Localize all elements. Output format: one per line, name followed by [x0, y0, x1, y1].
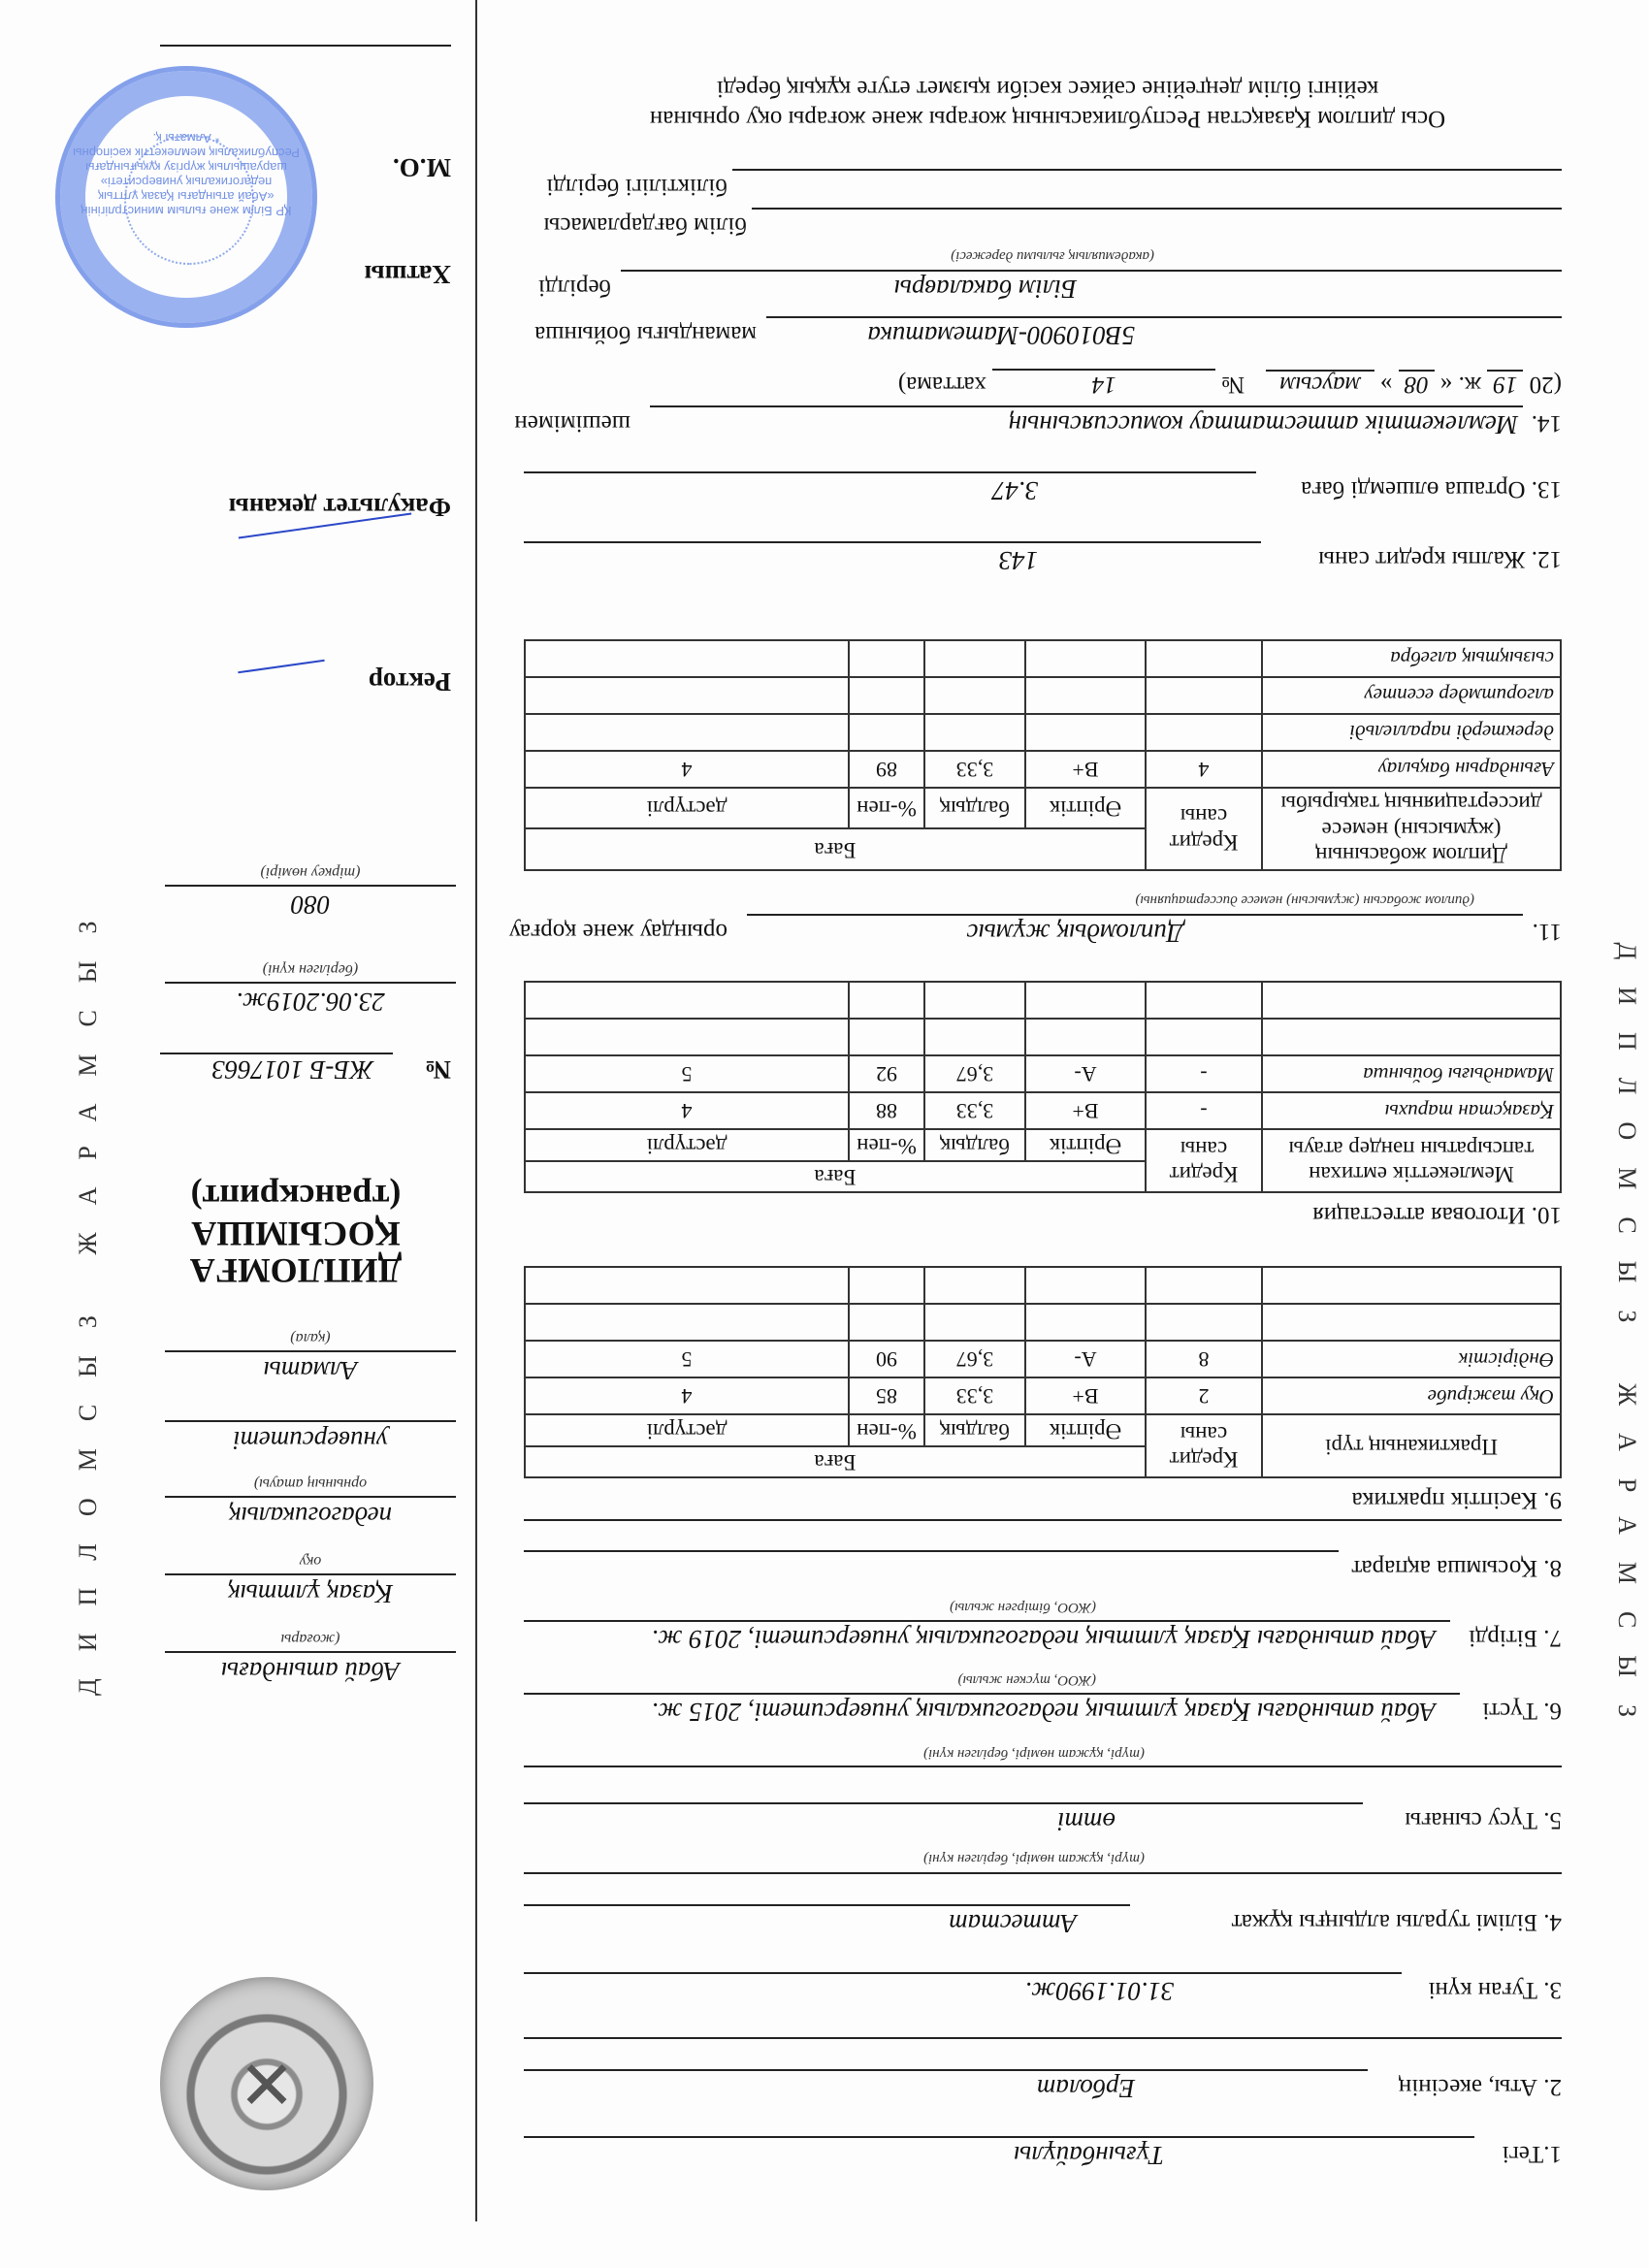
field-commission: 14. Мемлекеттік аттестаттау комиссиясыны…: [524, 405, 1562, 444]
diploma-supplement-page: ДИПЛОМСЫЗ ЖАРАМСЫЗ ДИПЛОМСЫЗ ЖАРАМСЫЗ 1.…: [0, 0, 1649, 2268]
cell-points: [924, 640, 1025, 677]
cell-points: 3,33: [924, 1092, 1025, 1129]
rector-signature: [238, 660, 324, 674]
cell-name: Мамандығы бойынша: [1262, 1055, 1561, 1092]
table-row: [525, 1304, 1561, 1341]
underline: [732, 169, 1562, 171]
registration-number: 080 (тіркеу нөмірі): [165, 863, 456, 920]
table-row: сызықтық алгебра: [525, 640, 1561, 677]
underline: [524, 1972, 1402, 1974]
cell-traditional: 4: [525, 751, 849, 788]
underline: [524, 1904, 1130, 1906]
field-label: 12. Жалпы кредит саны: [1318, 545, 1562, 572]
cell-credits: 8: [1146, 1341, 1262, 1377]
blank-line: [524, 1872, 1562, 1892]
issue-date-hint: (берілген күні): [165, 960, 456, 978]
field-name: 2. Аты, әкесінің Ерболат: [524, 2069, 1562, 2108]
table-row: [525, 982, 1561, 1019]
protocol-day: 08: [1399, 370, 1435, 398]
field-prior-education: 4. Білімі туралы алдыңғы құжат Аттестат: [524, 1904, 1562, 1943]
underline: [524, 2037, 1562, 2039]
col-header-percent: %-пен: [849, 1414, 924, 1445]
field-label: 4. Білімі туралы алдыңғы құжат: [1232, 1908, 1562, 1935]
underline: [524, 1620, 1450, 1622]
field-value: Тұғынбайұлы: [1014, 2140, 1164, 2170]
cell-name: Қазақстан тарихы: [1262, 1092, 1561, 1129]
col-header-percent: %-пен: [849, 788, 924, 829]
field-value: Мемлекеттік аттестаттау комиссиясының: [1009, 409, 1518, 439]
cell-percent: 88: [849, 1092, 924, 1129]
underline: [524, 1802, 1363, 1804]
field-gpa: 13. Орташа өлшемді баға 3.47: [524, 471, 1562, 510]
field-specialty: 5В010900-Математика мамандығы бойынша: [524, 316, 1562, 359]
cell-name: [1262, 1304, 1561, 1341]
field-suffix: орындау және қорғау: [509, 918, 727, 945]
protocol-year: 19: [1487, 370, 1523, 398]
issuer-line: педагогикалық орнының атауы): [165, 1474, 456, 1531]
section-title-final-attestation: 10. Итоговая аттестация: [1312, 1201, 1562, 1228]
table-row: Қазақстан тарихы-В+3,33884: [525, 1092, 1561, 1129]
blank-line: [524, 1519, 1562, 1539]
field-degree: Білім бакалавры берілді: [524, 270, 1562, 312]
field-value: 143: [999, 545, 1039, 575]
field-total-credits: 12. Жалпы кредит саны 143: [524, 541, 1562, 580]
underline: [747, 914, 1523, 916]
cell-traditional: 4: [525, 1092, 849, 1129]
thesis-table: Диплом жобасының (жұмысын) немесе диссер…: [524, 639, 1562, 871]
cell-traditional: 4: [525, 1377, 849, 1414]
table-row: Өндірістік8А-3,67905: [525, 1341, 1561, 1377]
issuer-line: университеті: [165, 1420, 456, 1455]
field-suffix: шешімімен: [514, 409, 630, 437]
field-value: 3.47: [992, 475, 1038, 505]
field-hint: (ЖОО, түскен жылы): [958, 1671, 1096, 1688]
underline: [621, 270, 1562, 272]
col-header-thesis-topic: Диплом жобасының (жұмысын) немесе диссер…: [1262, 788, 1561, 870]
cell-letter: [1025, 1267, 1146, 1304]
col-header-traditional: дәстүрлі: [525, 788, 849, 829]
cell-credits: [1146, 714, 1262, 751]
cell-name: Өндірістік: [1262, 1341, 1561, 1377]
cell-credits: 4: [1146, 751, 1262, 788]
watermark-left: ДИПЛОМСЫЗ ЖАРАМСЫЗ: [1612, 943, 1641, 1745]
field-value: Дипломдық жұмыс: [967, 918, 1183, 948]
cell-percent: [849, 1267, 924, 1304]
field-value: 5В010900-Математика: [867, 320, 1135, 350]
col-header-percent: %-пен: [849, 1129, 924, 1160]
cell-credits: -: [1146, 1092, 1262, 1129]
cell-percent: [849, 982, 924, 1019]
practice-table: Практиканың түрі Кредит саны Баға Әріпті…: [524, 1266, 1562, 1478]
main-column: 1.Тегі Тұғынбайұлы 2. Аты, әкесінің Ербо…: [504, 0, 1562, 2268]
cell-traditional: [525, 714, 849, 751]
cell-traditional: [525, 640, 849, 677]
cell-name: [1262, 1019, 1561, 1055]
blank-line: [524, 2037, 1562, 2057]
blank-line: [524, 1766, 1562, 1785]
col-header-points: балдық: [924, 788, 1025, 829]
cell-traditional: [525, 1304, 849, 1341]
cell-name: Ағындарын бақылау: [1262, 751, 1561, 788]
underline: [650, 405, 1523, 407]
field-suffix: берілді: [538, 274, 611, 301]
field-surname: 1.Тегі Тұғынбайұлы: [524, 2136, 1562, 2175]
issuer-city: Алматы (қала): [165, 1329, 456, 1385]
field-suffix: біліктілігі берілді: [546, 173, 727, 200]
cell-percent: [849, 640, 924, 677]
cell-points: 3,67: [924, 1341, 1025, 1377]
cell-points: [924, 1267, 1025, 1304]
cell-percent: [849, 677, 924, 714]
protocol-prefix: (20: [1530, 372, 1562, 398]
registration-hint: (тіркеу нөмірі): [165, 863, 456, 881]
protocol-year-suffix: ж. «: [1440, 372, 1481, 398]
cell-letter: В+: [1025, 1092, 1146, 1129]
field-value: Білім бакалавры: [894, 274, 1077, 304]
column-divider: [475, 0, 477, 2221]
cell-credits: [1146, 1267, 1262, 1304]
title-line: ҚОСЫМША: [150, 1215, 441, 1251]
field-label: 6. Түсті: [1482, 1697, 1562, 1724]
field-program: білім бағдарламасы: [524, 208, 1562, 250]
cell-letter: [1025, 677, 1146, 714]
cell-percent: [849, 1304, 924, 1341]
table-row: Мамандығы бойынша-А-3,67925: [525, 1055, 1561, 1092]
col-header-exam-subject: Мемлекеттік емтихан тапсыратын пәндер ат…: [1262, 1129, 1561, 1192]
cell-points: [924, 1304, 1025, 1341]
field-hint: (диплом жобасын (жұмысын) немесе диссерт…: [1135, 891, 1474, 908]
cell-percent: 85: [849, 1377, 924, 1414]
col-header-credits: Кредит саны: [1146, 788, 1262, 870]
cell-traditional: [525, 1267, 849, 1304]
cell-letter: [1025, 982, 1146, 1019]
title-line: (транскрипт): [150, 1179, 441, 1215]
cell-points: [924, 677, 1025, 714]
field-hint: (түрі, құжат нөмірі, берілген күні): [923, 1850, 1145, 1866]
cell-name: [1262, 982, 1561, 1019]
col-header-points: балдық: [924, 1129, 1025, 1160]
number-label: №: [425, 1054, 451, 1085]
col-header-credits: Кредит саны: [1146, 1129, 1262, 1192]
registration-value: 080: [165, 885, 456, 920]
rector-label: Ректор: [369, 666, 451, 697]
col-header-traditional: дәстүрлі: [525, 1129, 849, 1160]
cell-letter: В+: [1025, 1377, 1146, 1414]
cell-percent: 92: [849, 1055, 924, 1092]
field-value: Ерболат: [1037, 2073, 1135, 2103]
field-hint: (түрі, құжат нөмірі, берілген күні): [923, 1745, 1145, 1762]
cell-credits: [1146, 982, 1262, 1019]
protocol-suffix: хаттама): [898, 372, 986, 398]
table-row: деректерді параллельді: [525, 714, 1561, 751]
underline: [524, 2136, 1474, 2138]
col-header-letter: Әріптік: [1025, 1129, 1146, 1160]
cell-letter: А-: [1025, 1341, 1146, 1377]
cell-credits: [1146, 640, 1262, 677]
col-header-traditional: дәстүрлі: [525, 1414, 849, 1445]
cell-credits: -: [1146, 1055, 1262, 1092]
field-label: 7. Бітірді: [1469, 1624, 1562, 1651]
field-additional-info: 8. Қосымша ақпарат: [524, 1550, 1562, 1589]
issuer-value: университеті: [165, 1420, 456, 1455]
issuer-line: Абай атындағы (жоғары: [165, 1630, 456, 1686]
cell-letter: [1025, 640, 1146, 677]
cell-credits: [1146, 677, 1262, 714]
table-row: [525, 1267, 1561, 1304]
attestation-table: Мемлекеттік емтихан тапсыратын пәндер ат…: [524, 981, 1562, 1193]
cell-percent: [849, 714, 924, 751]
underline: [524, 1550, 1339, 1552]
cell-name: деректерді параллельді: [1262, 714, 1561, 751]
stamp-text: ҚР Білім және ғылым министрлігінің «Абай…: [60, 131, 312, 218]
cell-letter: [1025, 714, 1146, 751]
table-row: алгоритмдер есептеу: [525, 677, 1561, 714]
cell-points: 3,33: [924, 1377, 1025, 1414]
col-header-grade: Баға: [525, 1446, 1146, 1477]
field-label: 14.: [1532, 409, 1562, 437]
field-birth-date: 3. Туған күні 31.01.1990ж.: [524, 1972, 1562, 2011]
cell-traditional: [525, 1019, 849, 1055]
protocol-month: маусым: [1266, 370, 1374, 398]
cell-traditional: [525, 677, 849, 714]
underline: [766, 316, 1562, 318]
issuer-value: Абай атындағы: [165, 1651, 456, 1686]
issuer-value: Қазақ ұлттық: [165, 1573, 456, 1608]
side-column: Абай атындағы (жоғары Қазақ ұлттық оқу п…: [0, 0, 470, 2268]
issuer-value: Алматы: [165, 1350, 456, 1385]
col-header-grade: Баға: [525, 1161, 1146, 1192]
state-emblem-icon: [160, 1977, 373, 2190]
field-value: 31.01.1990ж.: [1025, 1976, 1174, 2006]
field-label: 8. Қосымша ақпарат: [1351, 1554, 1562, 1581]
col-header-points: балдық: [924, 1414, 1025, 1445]
cell-letter: [1025, 1304, 1146, 1341]
cell-name: алгоритмдер есептеу: [1262, 677, 1561, 714]
table-row: Ағындарын бақылау4В+3,33894: [525, 751, 1561, 788]
section-title-practice: 9. Кәсіптік практика: [1352, 1486, 1562, 1513]
cell-points: [924, 714, 1025, 751]
field-value: өтті: [1057, 1806, 1115, 1836]
dean-label: Факультет деканы: [229, 492, 451, 522]
cell-name: сызықтық алгебра: [1262, 640, 1561, 677]
cell-percent: 89: [849, 751, 924, 788]
field-entrance-exam: 5. Түсу сынағы өтті: [524, 1802, 1562, 1841]
underline: [524, 1519, 1562, 1521]
table-row: [525, 1019, 1561, 1055]
underline: [524, 541, 1261, 543]
cell-letter: [1025, 1019, 1146, 1055]
underline: [524, 1693, 1460, 1695]
protocol-no-label: №: [1221, 372, 1245, 398]
col-header-grade: Баға: [525, 828, 1146, 870]
cell-letter: В+: [1025, 751, 1146, 788]
issuer-hint: (жоғары: [165, 1630, 456, 1647]
issuer-value: педагогикалық: [165, 1496, 456, 1531]
issuer-hint: (қала): [165, 1329, 456, 1346]
field-thesis: 11. Дипломдық жұмыс орындау және қорғау: [524, 914, 1562, 953]
university-stamp: ҚР Білім және ғылым министрлігінің «Абай…: [55, 66, 317, 328]
field-graduated: 7. Бітірді Абай атындағы Қазақ ұлттық пе…: [524, 1620, 1562, 1667]
col-header-letter: Әріптік: [1025, 788, 1146, 829]
field-enrolled: 6. Түсті Абай атындағы Қазақ ұлттық педа…: [524, 1693, 1562, 1739]
cell-percent: 90: [849, 1341, 924, 1377]
field-suffix: мамандығы бойынша: [534, 320, 757, 347]
cell-letter: А-: [1025, 1055, 1146, 1092]
field-qualification: біліктілігі берілді: [524, 169, 1562, 211]
issue-date-value: 23.06.2019ж.: [165, 982, 456, 1017]
cell-traditional: 5: [525, 1055, 849, 1092]
cell-points: 3,33: [924, 751, 1025, 788]
field-label: 3. Туған күні: [1429, 1976, 1562, 2003]
field-hint: (ЖОО, бітірген жылы): [950, 1599, 1096, 1615]
cell-points: [924, 1019, 1025, 1055]
closing-statement: Осы диплом Қазақстан Республикасының жоғ…: [611, 74, 1484, 135]
cell-credits: [1146, 1304, 1262, 1341]
col-header-credits: Кредит саны: [1146, 1414, 1262, 1477]
field-label: 1.Тегі: [1503, 2140, 1562, 2167]
signature-rule: [160, 45, 451, 47]
protocol-line: (20 19 ж. « 08 » маусым № 14 хаттама): [898, 369, 1562, 398]
col-header-letter: Әріптік: [1025, 1414, 1146, 1445]
cell-traditional: 5: [525, 1341, 849, 1377]
underline: [524, 1766, 1562, 1767]
attestation-table-wrap: Мемлекеттік емтихан тапсыратын пәндер ат…: [524, 981, 1562, 1193]
protocol-day-suffix: »: [1380, 372, 1393, 398]
field-label: 5. Түсу сынағы: [1405, 1806, 1562, 1833]
cell-name: [1262, 1267, 1561, 1304]
cell-name: Оқу тәжірибе: [1262, 1377, 1561, 1414]
underline: [524, 471, 1256, 473]
number-value: ЖБ-Б 1017663: [160, 1053, 393, 1085]
field-label: 11.: [1533, 918, 1562, 945]
protocol-number: 14: [992, 369, 1215, 398]
field-label: 2. Аты, әкесінің: [1399, 2073, 1562, 2100]
underline: [524, 2069, 1368, 2071]
table-row: Оқу тәжірибе2В+3,33854: [525, 1377, 1561, 1414]
document-title: ДИПЛОМҒА ҚОСЫМША (транскрипт): [150, 1179, 441, 1288]
issue-date: 23.06.2019ж. (берілген күні): [165, 960, 456, 1017]
cell-credits: 2: [1146, 1377, 1262, 1414]
issuer-hint: оқу: [165, 1552, 456, 1570]
secretary-label: Хатшы: [365, 259, 451, 289]
field-value: Аттестат: [949, 1908, 1077, 1938]
cell-credits: [1146, 1019, 1262, 1055]
seal-label: М.О.: [393, 152, 451, 182]
field-value: Абай атындағы Қазақ ұлттық педагогикалық…: [652, 1624, 1436, 1654]
field-value: Абай атындағы Қазақ ұлттық педагогикалық…: [652, 1697, 1436, 1727]
title-line: ДИПЛОМҒА: [150, 1251, 441, 1288]
cell-points: 3,67: [924, 1055, 1025, 1092]
col-header-practice-type: Практиканың түрі: [1262, 1414, 1561, 1477]
cell-percent: [849, 1019, 924, 1055]
field-label: 13. Орташа өлшемді баға: [1301, 475, 1562, 502]
field-suffix: білім бағдарламасы: [544, 211, 747, 239]
cell-points: [924, 982, 1025, 1019]
underline: [524, 1872, 1562, 1874]
issuer-line: Қазақ ұлттық оқу: [165, 1552, 456, 1608]
issuer-hint: орнының атауы): [165, 1474, 456, 1492]
cell-traditional: [525, 982, 849, 1019]
